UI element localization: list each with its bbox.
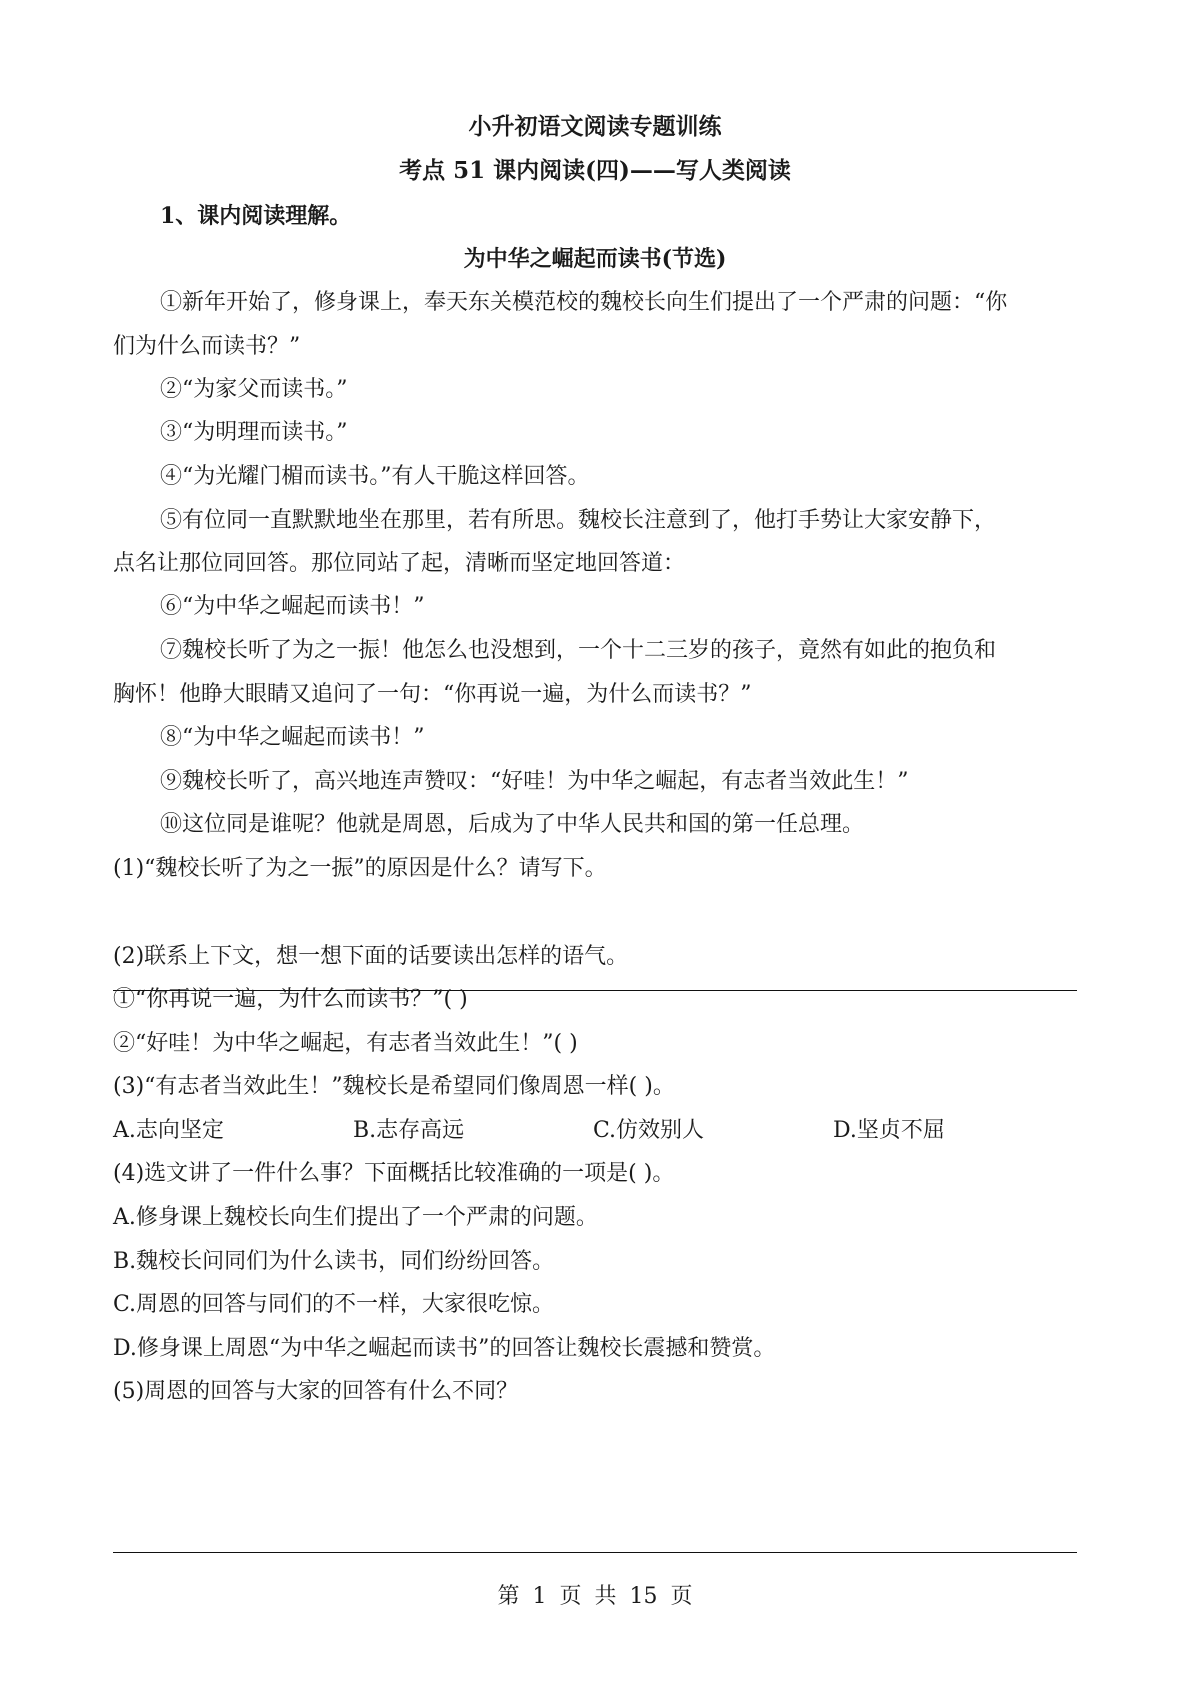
passage-line: ⑦魏校长听了为之一振！他怎么也没想到，一个十二三岁的孩子，竟然有如此的抱负和	[160, 636, 996, 666]
passage-line: ⑥“为中华之崛起而读书！”	[160, 592, 425, 622]
question-4-option-c[interactable]: C.周恩的回答与同们的不一样，大家很吃惊。	[113, 1290, 554, 1320]
question-1: (1)“魏校长听了为之一振”的原因是什么？请写下。	[113, 854, 607, 884]
passage-line: ①新年开始了，修身课上，奉天东关模范校的魏校长向生们提出了一个严肃的问题：“你	[160, 288, 1007, 318]
question-4-option-a[interactable]: A.修身课上魏校长向生们提出了一个严肃的问题。	[113, 1203, 598, 1233]
passage-line: ③“为明理而读书。”	[160, 418, 348, 448]
option-d[interactable]: D.坚贞不屈	[833, 1116, 945, 1146]
question-3-options: A.志向坚定 B.志存高远 C.仿效别人 D.坚贞不屈	[113, 1116, 1073, 1146]
option-c[interactable]: C.仿效别人	[593, 1116, 704, 1146]
question-2-item-a: ①“你再说一遍，为什么而读书？”( )	[113, 985, 468, 1015]
question-2-item-b: ②“好哇！为中华之崛起，有志者当效此生！”( )	[113, 1029, 578, 1059]
question-4-option-d[interactable]: D.修身课上周恩“为中华之崛起而读书”的回答让魏校长震撼和赞赏。	[113, 1334, 775, 1364]
passage-line: 们为什么而读书？”	[113, 332, 300, 362]
question-4: (4)选文讲了一件什么事？下面概括比较准确的一项是( )。	[113, 1159, 674, 1189]
answer-line-5[interactable]	[113, 1552, 1077, 1553]
document-page: 小升初语文阅读专题训练 考点 51 课内阅读(四)——写人类阅读 1、课内阅读理…	[0, 0, 1190, 1682]
option-b[interactable]: B.志存高远	[353, 1116, 464, 1146]
question-2: (2)联系上下文，想一想下面的话要读出怎样的语气。	[113, 942, 628, 972]
question-3: (3)“有志者当效此生！”魏校长是希望同们像周恩一样( )。	[113, 1072, 675, 1102]
page-footer: 第 1 页 共 15 页	[0, 1582, 1190, 1612]
option-a[interactable]: A.志向坚定	[113, 1116, 224, 1146]
passage-line: ④“为光耀门楣而读书。”有人干脆这样回答。	[160, 462, 590, 492]
question-5: (5)周恩的回答与大家的回答有什么不同？	[113, 1377, 518, 1407]
passage-line: ⑩这位同是谁呢？他就是周恩，后成为了中华人民共和国的第一任总理。	[160, 810, 864, 840]
passage-line: 点名让那位同回答。那位同站了起，清晰而坚定地回答道：	[113, 549, 685, 579]
document-title: 小升初语文阅读专题训练	[0, 112, 1190, 142]
document-subtitle: 考点 51 课内阅读(四)——写人类阅读	[0, 156, 1190, 186]
passage-line: ⑧“为中华之崛起而读书！”	[160, 723, 425, 753]
passage-line: ⑨魏校长听了，高兴地连声赞叹：“好哇！为中华之崛起，有志者当效此生！”	[160, 767, 909, 797]
passage-line: ⑤有位同一直默默地坐在那里，若有所思。魏校长注意到了，他打手势让大家安静下，	[160, 506, 996, 536]
section-heading: 1、课内阅读理解。	[160, 201, 351, 231]
question-4-option-b[interactable]: B.魏校长问同们为什么读书，同们纷纷回答。	[113, 1247, 554, 1277]
passage-line: 胸怀！他睁大眼睛又追问了一句：“你再说一遍，为什么而读书？”	[113, 680, 752, 710]
passage-title: 为中华之崛起而读书(节选)	[0, 244, 1190, 274]
passage-line: ②“为家父而读书。”	[160, 375, 348, 405]
